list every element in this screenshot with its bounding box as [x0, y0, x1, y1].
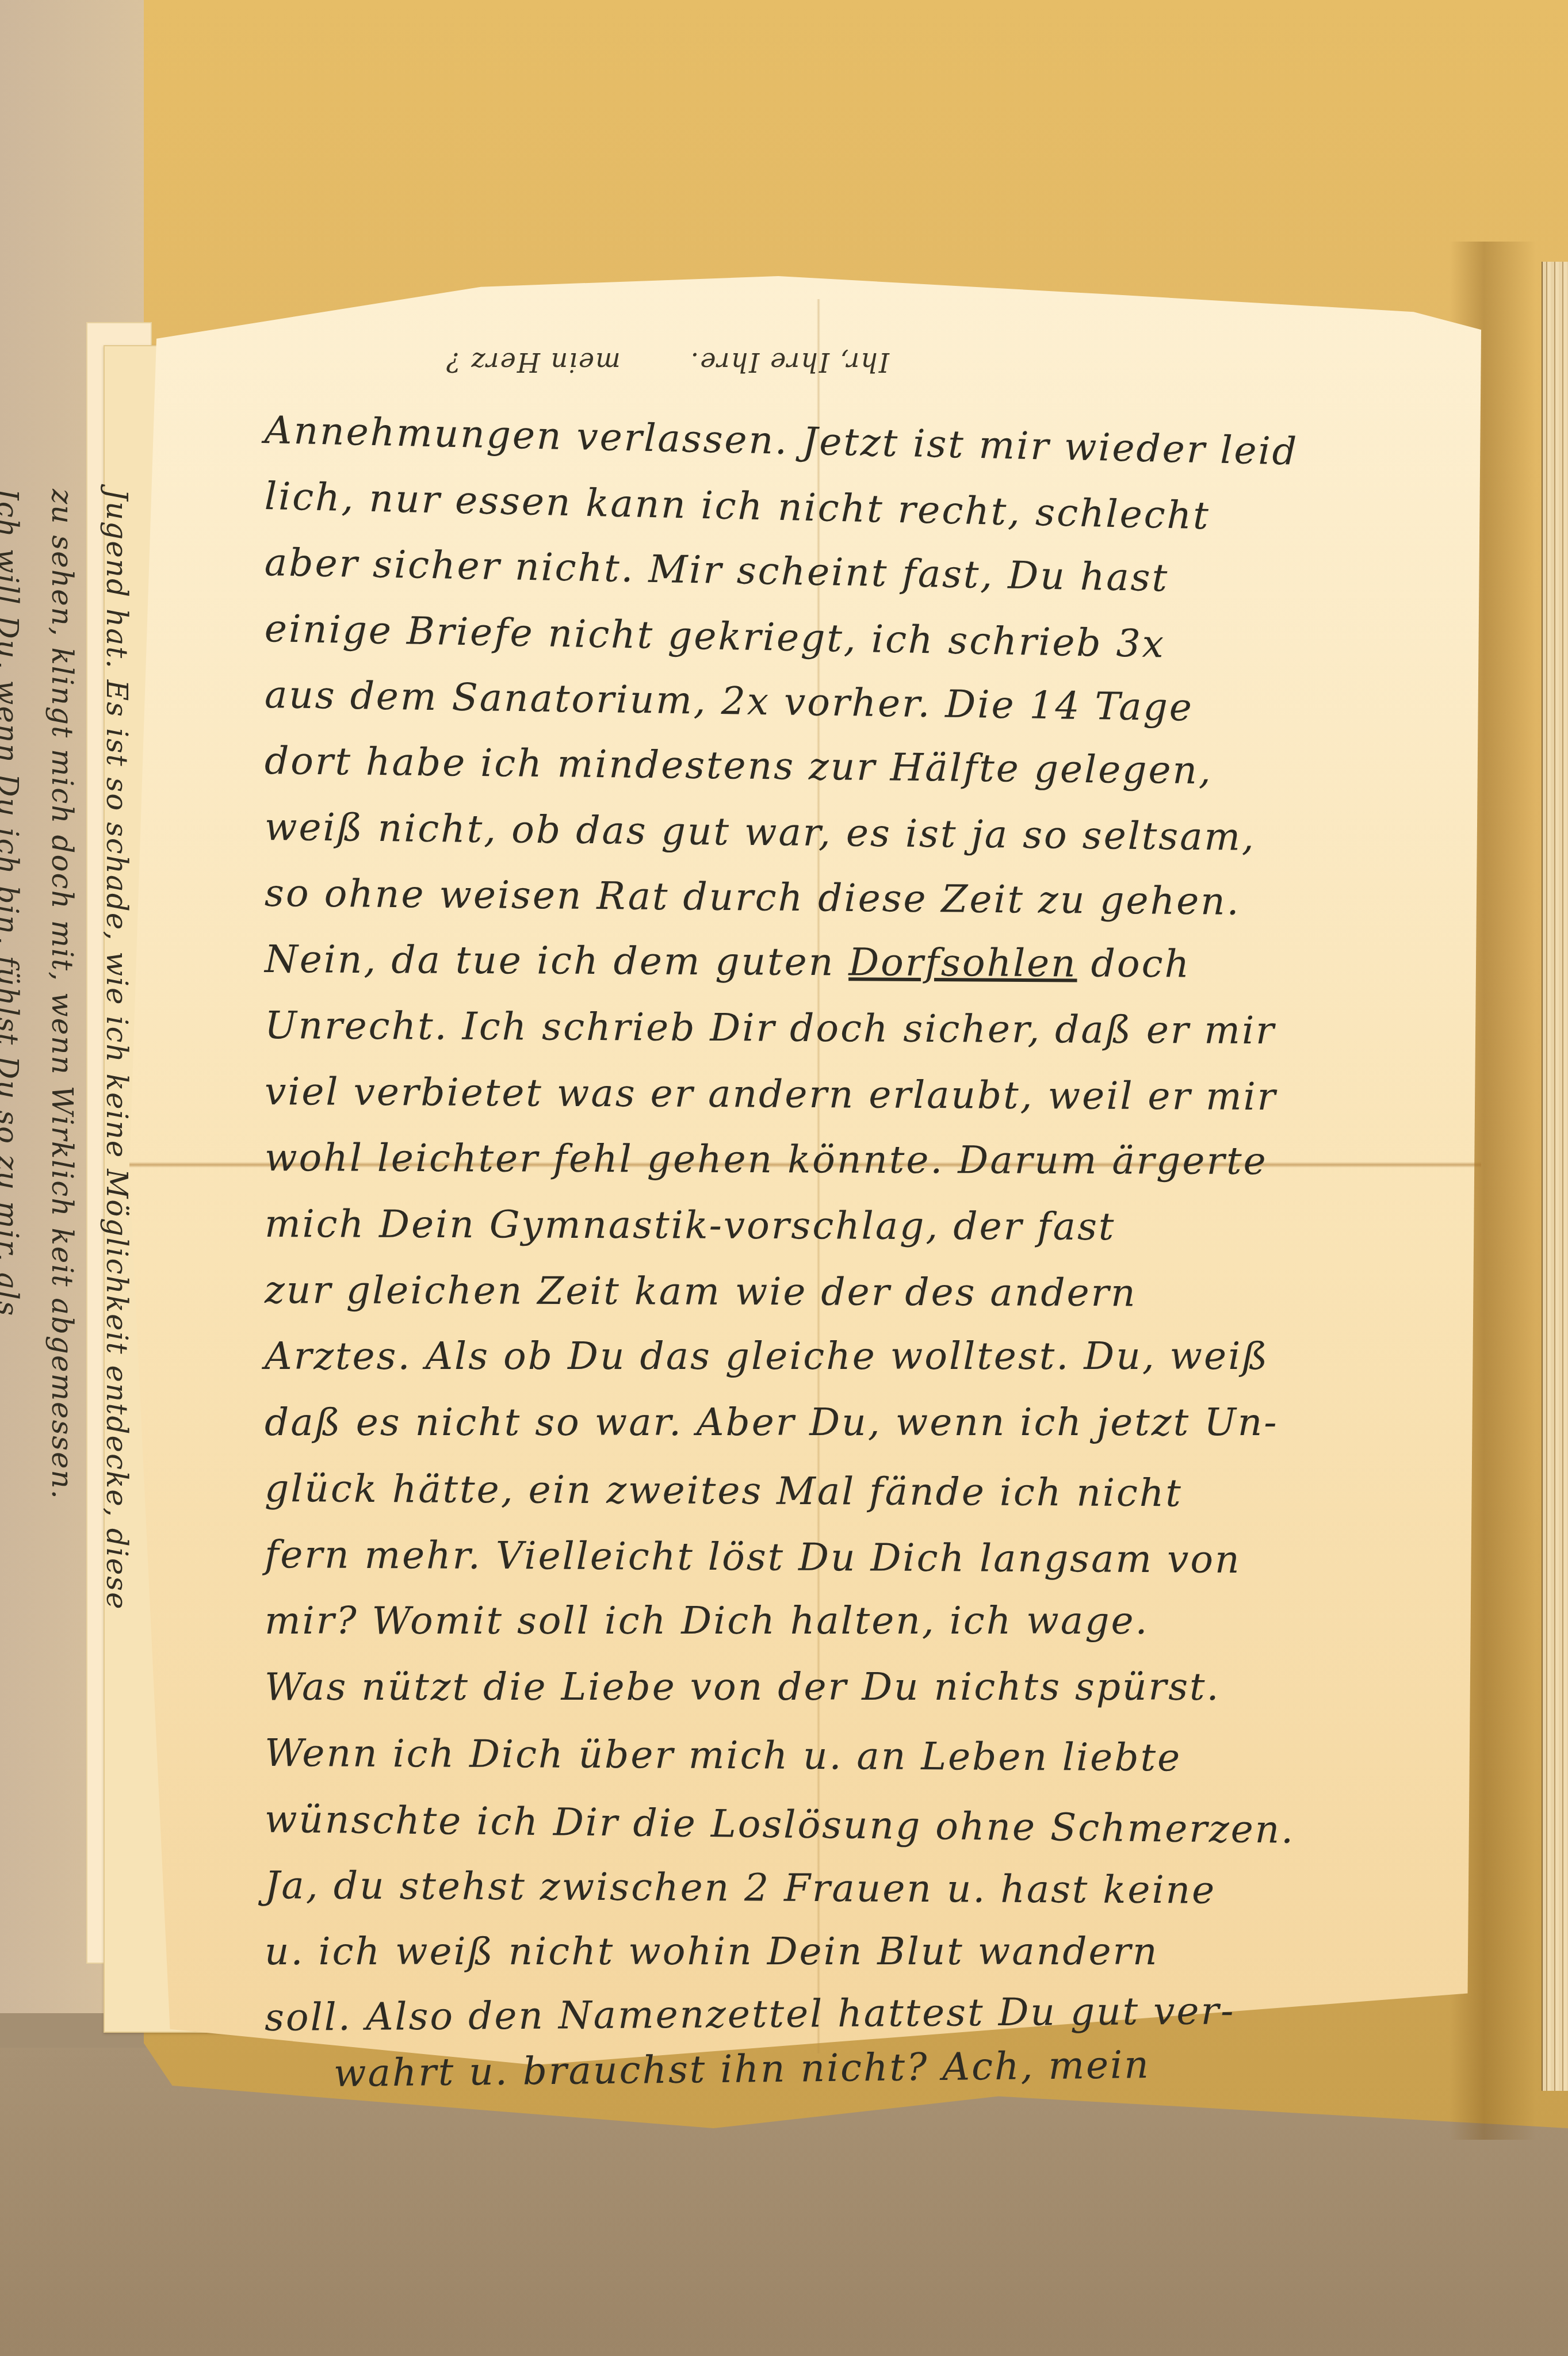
margin-vertical-text: Jugend hat. Es ist so schade, wie ich ke… [0, 489, 144, 1984]
body-line: glück hätte, ein zweites Mal fände ich n… [265, 1455, 1462, 1528]
underlined-word: Dorfsohlen [848, 940, 1077, 985]
body-line: weiß nicht, ob das gut war, es ist ja so… [264, 794, 1461, 873]
margin-line: Ich will Du, wenn Du ich bin, fühlst Du … [0, 489, 35, 1984]
body-line: so ohne weisen Rat durch diese Zeit zu g… [264, 860, 1461, 936]
letter-body: Annehmungen verlassen. Jetzt ist mir wie… [265, 397, 1461, 2097]
body-line: Arztes. Als ob Du das gleiche wolltest. … [265, 1323, 1461, 1389]
body-line: Was nützt die Liebe von der Du nichts sp… [265, 1654, 1461, 1720]
stacked-pages-edge [1542, 262, 1568, 2091]
body-line: viel verbietet was er andern erlaubt, we… [265, 1058, 1462, 1131]
inverted-header-right: mein Herz ? [445, 347, 621, 378]
body-line: daß es nicht so war. Aber Du, wenn ich j… [265, 1389, 1461, 1455]
body-line: Wenn ich Dich über mich u. an Leben lieb… [265, 1720, 1462, 1792]
margin-line: zu sehen, klingt mich doch mit, wenn Wir… [35, 489, 89, 1984]
body-line: zur gleichen Zeit kam wie der des andern [265, 1257, 1461, 1327]
body-line: dort habe ich mindestens zur Hälfte gele… [264, 728, 1461, 806]
inverted-header: Ihr, Ihre Ihre. mein Herz ? [322, 328, 1012, 397]
inverted-header-left: Ihr, Ihre Ihre. [690, 347, 889, 378]
body-line-with-underline: Nein, da tue ich dem guten Dorfsohlen do… [265, 926, 1462, 999]
body-line: wohl leichter fehl gehen könnte. Darum ä… [265, 1125, 1461, 1195]
body-line: mir? Womit soll ich Dich halten, ich wag… [265, 1588, 1461, 1654]
body-line: u. ich weiß nicht wohin Dein Blut wander… [265, 1918, 1461, 1984]
body-line: mich Dein Gymnastik-vorschlag, der fast [265, 1191, 1461, 1261]
body-line: soll. Also den Namenzettel hattest Du gu… [265, 1976, 1462, 2051]
margin-line: Jugend hat. Es ist so schade, wie ich ke… [89, 489, 144, 1984]
body-line: Unrecht. Ich schrieb Dir doch sicher, da… [265, 992, 1462, 1065]
body-line: Ja, du stehst zwischen 2 Frauen u. hast … [265, 1852, 1462, 1925]
body-line: fern mehr. Vielleicht löst Du Dich langs… [265, 1521, 1462, 1594]
photo-scene: Ihr, Ihre Ihre. mein Herz ? Jugend hat. … [0, 0, 1568, 2356]
